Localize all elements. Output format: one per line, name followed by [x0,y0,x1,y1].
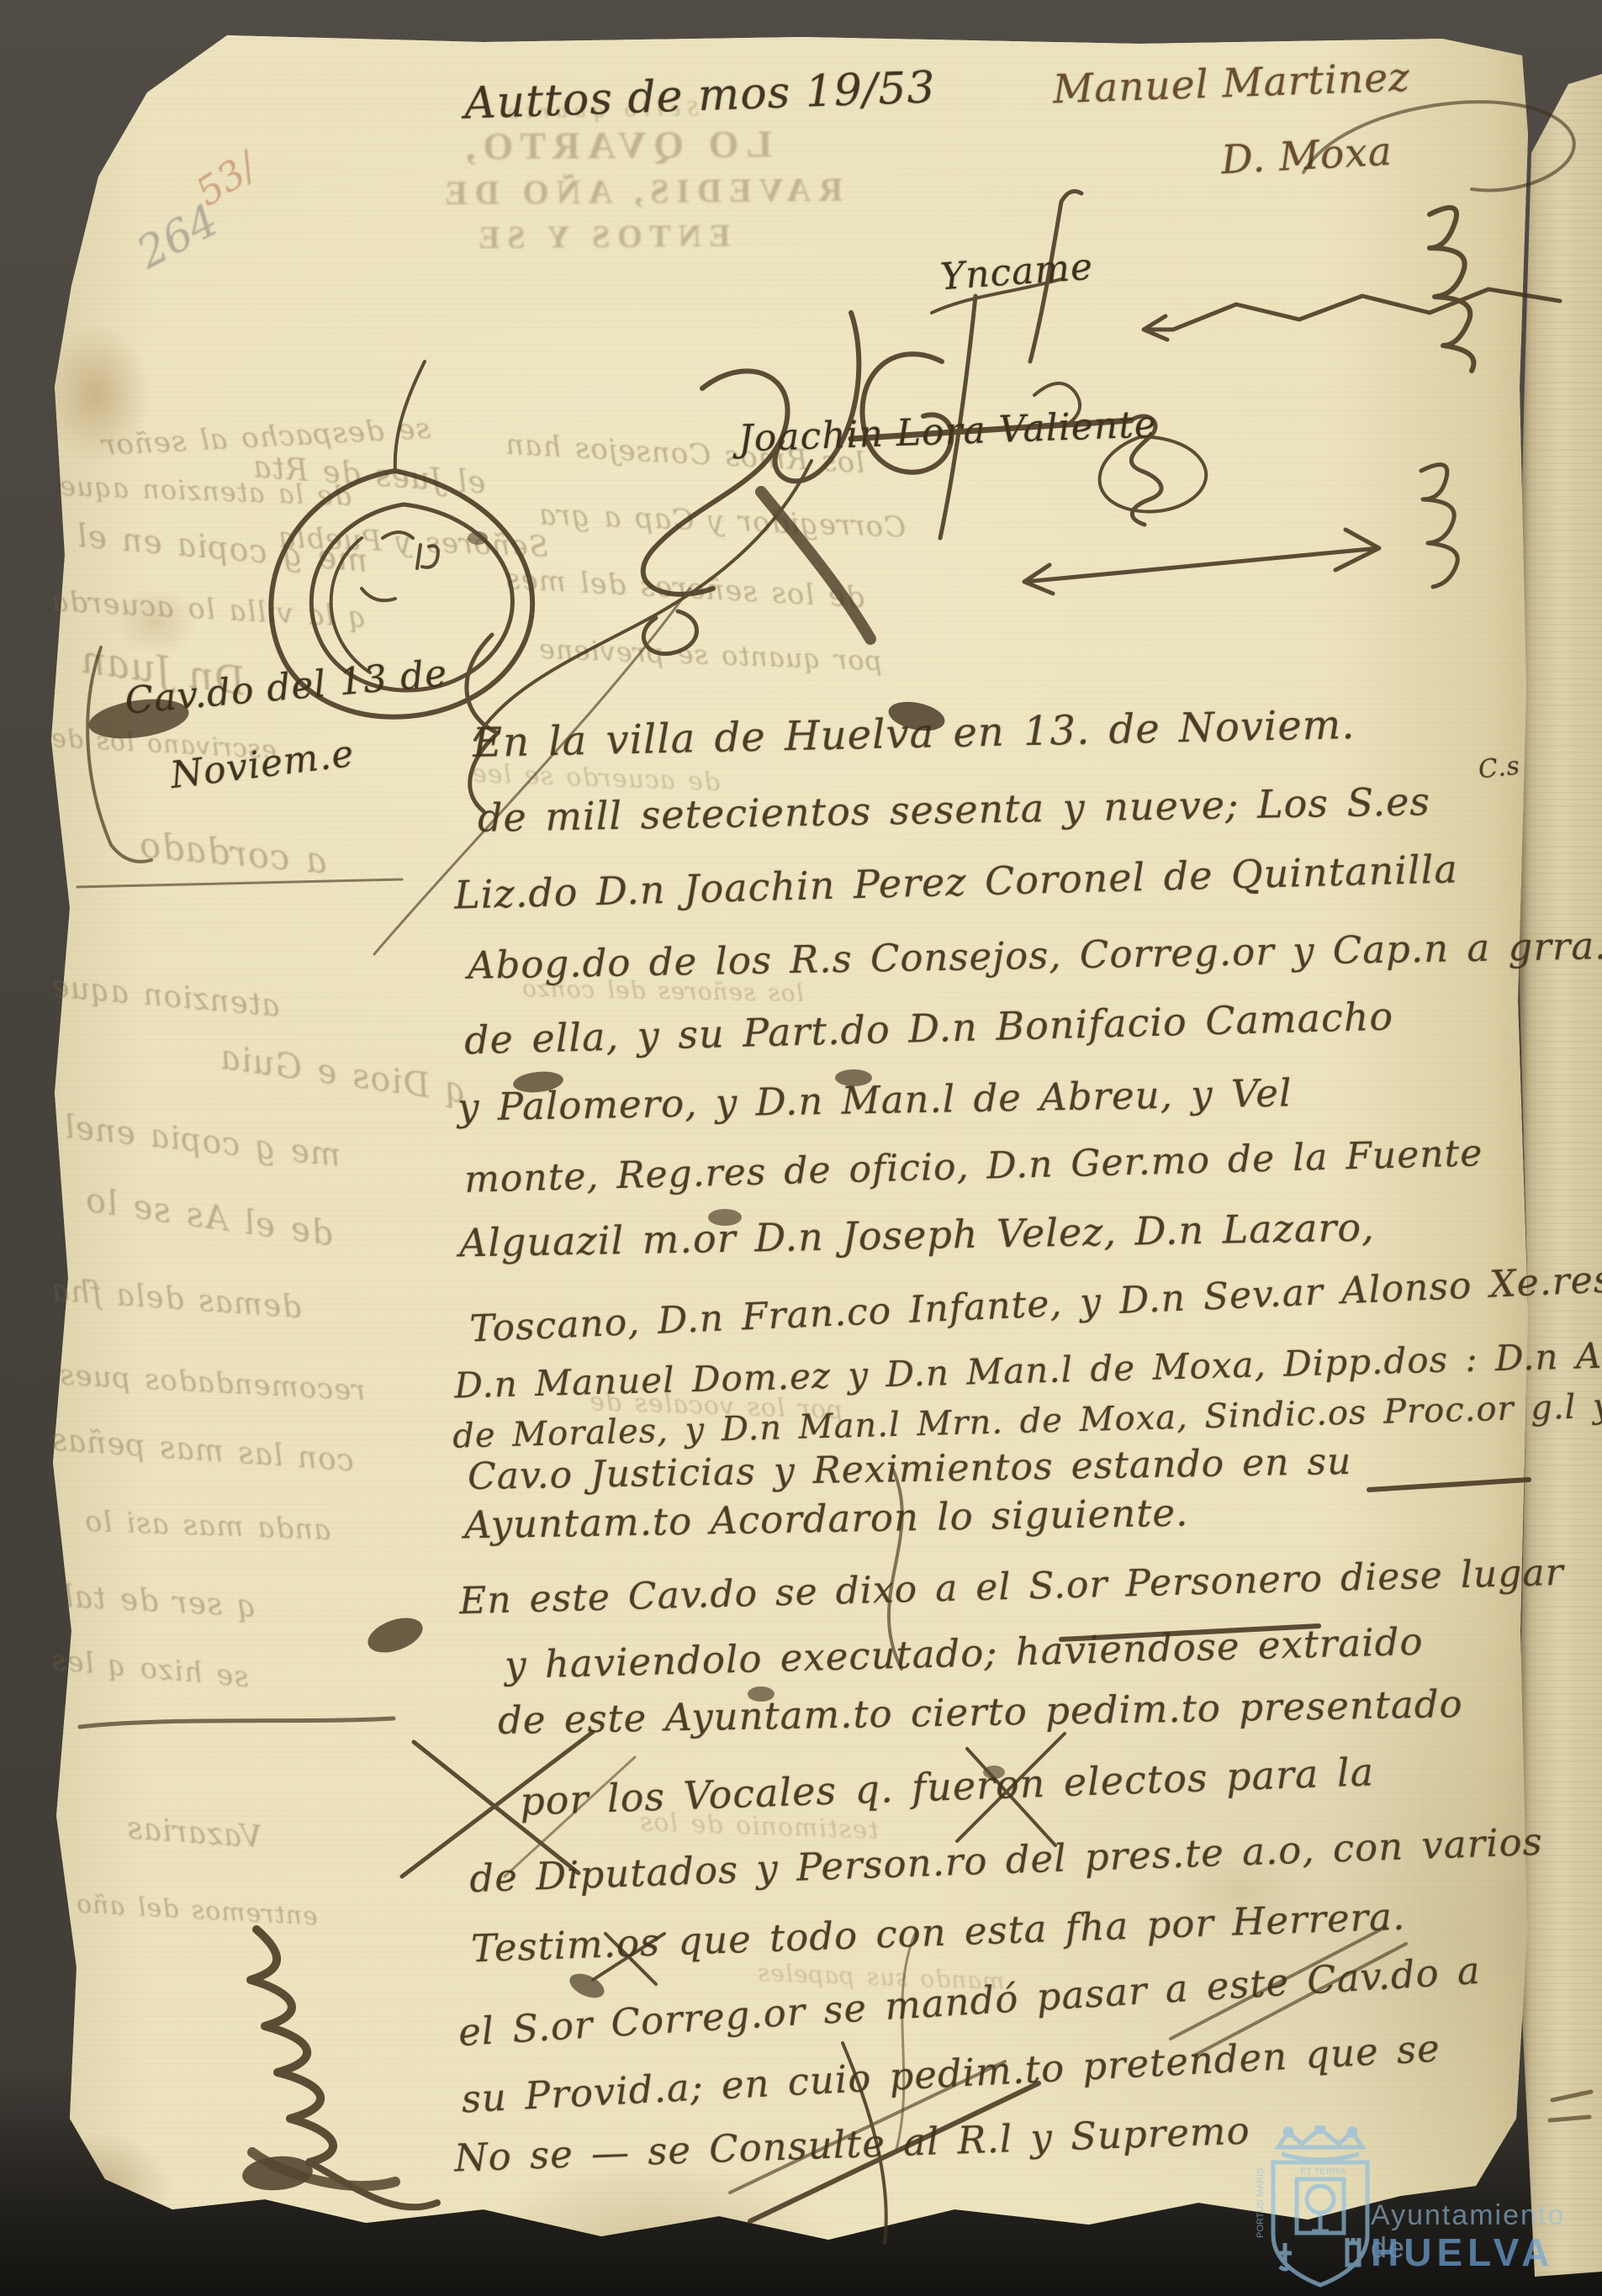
watermark-text-line2: HUELVA [1371,2230,1554,2275]
huelva-logo: PORTUS MARIS ET TERRA Ayuntamiento de HU… [1238,2125,1599,2293]
ink-flourishes [0,0,1602,2296]
huelva-shield-icon: PORTUS MARIS ET TERRA [1253,2125,1388,2293]
shield-motto-top: ET TERRA [1300,2167,1346,2177]
scanned-manuscript: Sello quarto LO QVARTO, RAVEDIS, AÑO DE … [0,0,1602,2296]
shield-motto-left: PORTUS MARIS [1256,2167,1266,2238]
